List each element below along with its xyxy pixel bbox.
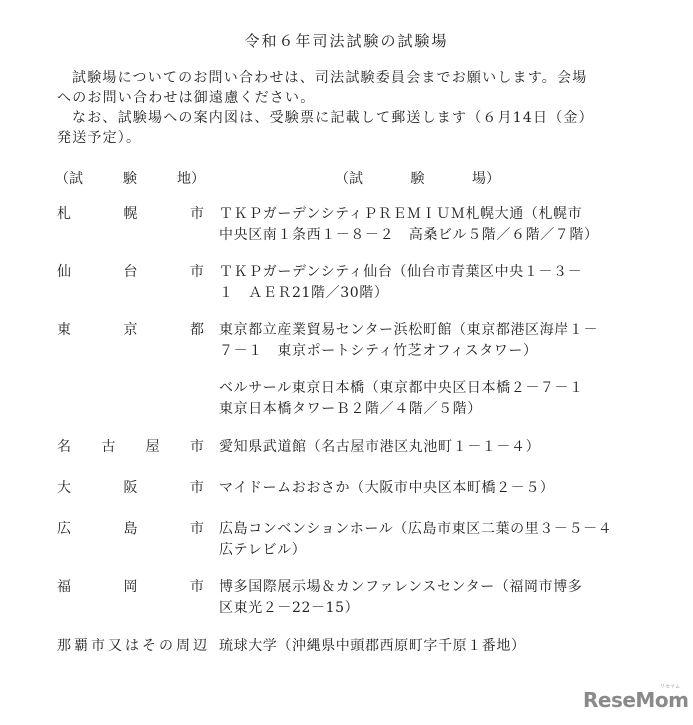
location-char: 市	[190, 478, 204, 499]
venue-line: ベルサール東京日本橋（東京都中央区日本橋２－７－１	[219, 378, 624, 399]
location-char: の	[159, 636, 173, 657]
location-char: 京	[124, 320, 138, 341]
header-char: 験	[123, 168, 137, 188]
location-char: 又	[108, 636, 122, 657]
location-char: 島	[124, 519, 138, 540]
location-char: 東	[57, 320, 71, 341]
venue-details: ベルサール東京日本橋（東京都中央区日本橋２－７－１ 東京日本橋タワーＢ２階／４階…	[219, 378, 624, 420]
location-char: 那	[57, 636, 71, 657]
header-char: 場）	[472, 168, 500, 188]
location-char: 市	[190, 577, 204, 598]
header-char: 験	[411, 168, 425, 188]
location-char: 広	[57, 519, 71, 540]
location-char: 辺	[193, 636, 207, 657]
resemom-logo: ReseMom	[583, 688, 688, 712]
location-char: 岡	[124, 577, 138, 598]
venue-details: ＴＫＰガーデンシティＰＲＥＭＩＵＭ札幌大通（札幌市 中央区南１条西１－８－２ 高…	[219, 204, 624, 246]
venue-line: 広島コンベンションホール（広島市東区二葉の里３－５－４	[219, 519, 624, 540]
intro-line-2: へのお問い合わせは御遠慮ください。	[57, 88, 622, 108]
location-char: 台	[124, 262, 138, 283]
intro-line-1: 試験場についてのお問い合わせは、司法試験委員会までお願いします。会場	[57, 68, 622, 88]
location-char: 市	[190, 519, 204, 540]
location-char: 福	[57, 577, 71, 598]
location-char: 市	[190, 437, 204, 458]
resemom-logo-ruby: リセマム	[660, 683, 680, 690]
location-char: 市	[190, 204, 204, 225]
venue-location: 福 岡 市	[57, 577, 204, 598]
venue-line: ＴＫＰガーデンシティ仙台（仙台市青葉区中央１－３－	[219, 262, 624, 283]
venue-location: 広 島 市	[57, 519, 204, 540]
venue-location: 大 阪 市	[57, 478, 204, 499]
location-char: 都	[190, 320, 204, 341]
venue-line: マイドームおおさか（大阪市中央区本町橋２－５）	[219, 478, 624, 499]
venue-details: マイドームおおさか（大阪市中央区本町橋２－５）	[219, 478, 624, 499]
location-char: 市	[190, 262, 204, 283]
location-char: 周	[176, 636, 190, 657]
venue-line: 愛知県武道館（名古屋市港区丸池町１－１－４）	[219, 437, 624, 458]
location-char: 覇	[74, 636, 88, 657]
intro-line-3: なお、試験場への案内図は、受験票に記載して郵送します（６月14日（金）	[57, 108, 622, 128]
venue-line: 中央区南１条西１－８－２ 高桑ビル５階／６階／７階）	[219, 225, 624, 246]
header-char: （試	[335, 168, 363, 188]
venue-line: １ ＡＥＲ21階／30階）	[219, 283, 624, 304]
venue-details: 琉球大学（沖縄県中頭郡西原町字千原１番地）	[219, 636, 624, 657]
page-title: 令和６年司法試験の試験場	[0, 30, 693, 51]
venue-details: 博多国際展示場＆カンファレンスセンター（福岡市博多 区東光２－22－15）	[219, 577, 624, 619]
venue-line: 琉球大学（沖縄県中頭郡西原町字千原１番地）	[219, 636, 624, 657]
location-char: 屋	[146, 437, 160, 458]
venue-location: 那 覇 市 又 は そ の 周 辺	[57, 636, 207, 657]
location-char: は	[125, 636, 139, 657]
location-char: 市	[91, 636, 105, 657]
header-exam-location: （試 験 地）	[55, 168, 205, 188]
venue-line: ７－１ 東京ポートシティ竹芝オフィスタワー）	[219, 341, 624, 362]
venue-location: 札 幌 市	[57, 204, 204, 225]
location-char: そ	[142, 636, 156, 657]
venue-line: 東京都立産業貿易センター浜松町館（東京都港区海岸１－	[219, 320, 624, 341]
venue-details: 愛知県武道館（名古屋市港区丸池町１－１－４）	[219, 437, 624, 458]
header-exam-venue: （試 験 場）	[335, 168, 500, 188]
venue-line: 区東光２－22－15）	[219, 598, 624, 619]
header-char: （試	[55, 168, 83, 188]
intro-line-4: 発送予定）。	[57, 128, 622, 148]
venue-details: 広島コンベンションホール（広島市東区二葉の里３－５－４ 広テレビル）	[219, 519, 624, 561]
intro-text: 試験場についてのお問い合わせは、司法試験委員会までお願いします。会場 へのお問い…	[57, 68, 622, 148]
venue-details: 東京都立産業貿易センター浜松町館（東京都港区海岸１－ ７－１ 東京ポートシティ竹…	[219, 320, 624, 362]
venue-line: 東京日本橋タワーＢ２階／４階／５階）	[219, 399, 624, 420]
location-char: 大	[57, 478, 71, 499]
venue-line: 広テレビル）	[219, 540, 624, 561]
venue-line: 博多国際展示場＆カンファレンスセンター（福岡市博多	[219, 577, 624, 598]
location-char: 札	[57, 204, 71, 225]
venue-details: ＴＫＰガーデンシティ仙台（仙台市青葉区中央１－３－ １ ＡＥＲ21階／30階）	[219, 262, 624, 304]
location-char: 名	[57, 437, 71, 458]
location-char: 阪	[124, 478, 138, 499]
venue-location: 東 京 都	[57, 320, 204, 341]
venue-line: ＴＫＰガーデンシティＰＲＥＭＩＵＭ札幌大通（札幌市	[219, 204, 624, 225]
header-char: 地）	[177, 168, 205, 188]
location-char: 幌	[124, 204, 138, 225]
venue-location: 仙 台 市	[57, 262, 204, 283]
list-header: （試 験 地） （試 験 場）	[0, 168, 693, 188]
location-char: 仙	[57, 262, 71, 283]
location-char: 古	[101, 437, 115, 458]
venue-location: 名 古 屋 市	[57, 437, 204, 458]
